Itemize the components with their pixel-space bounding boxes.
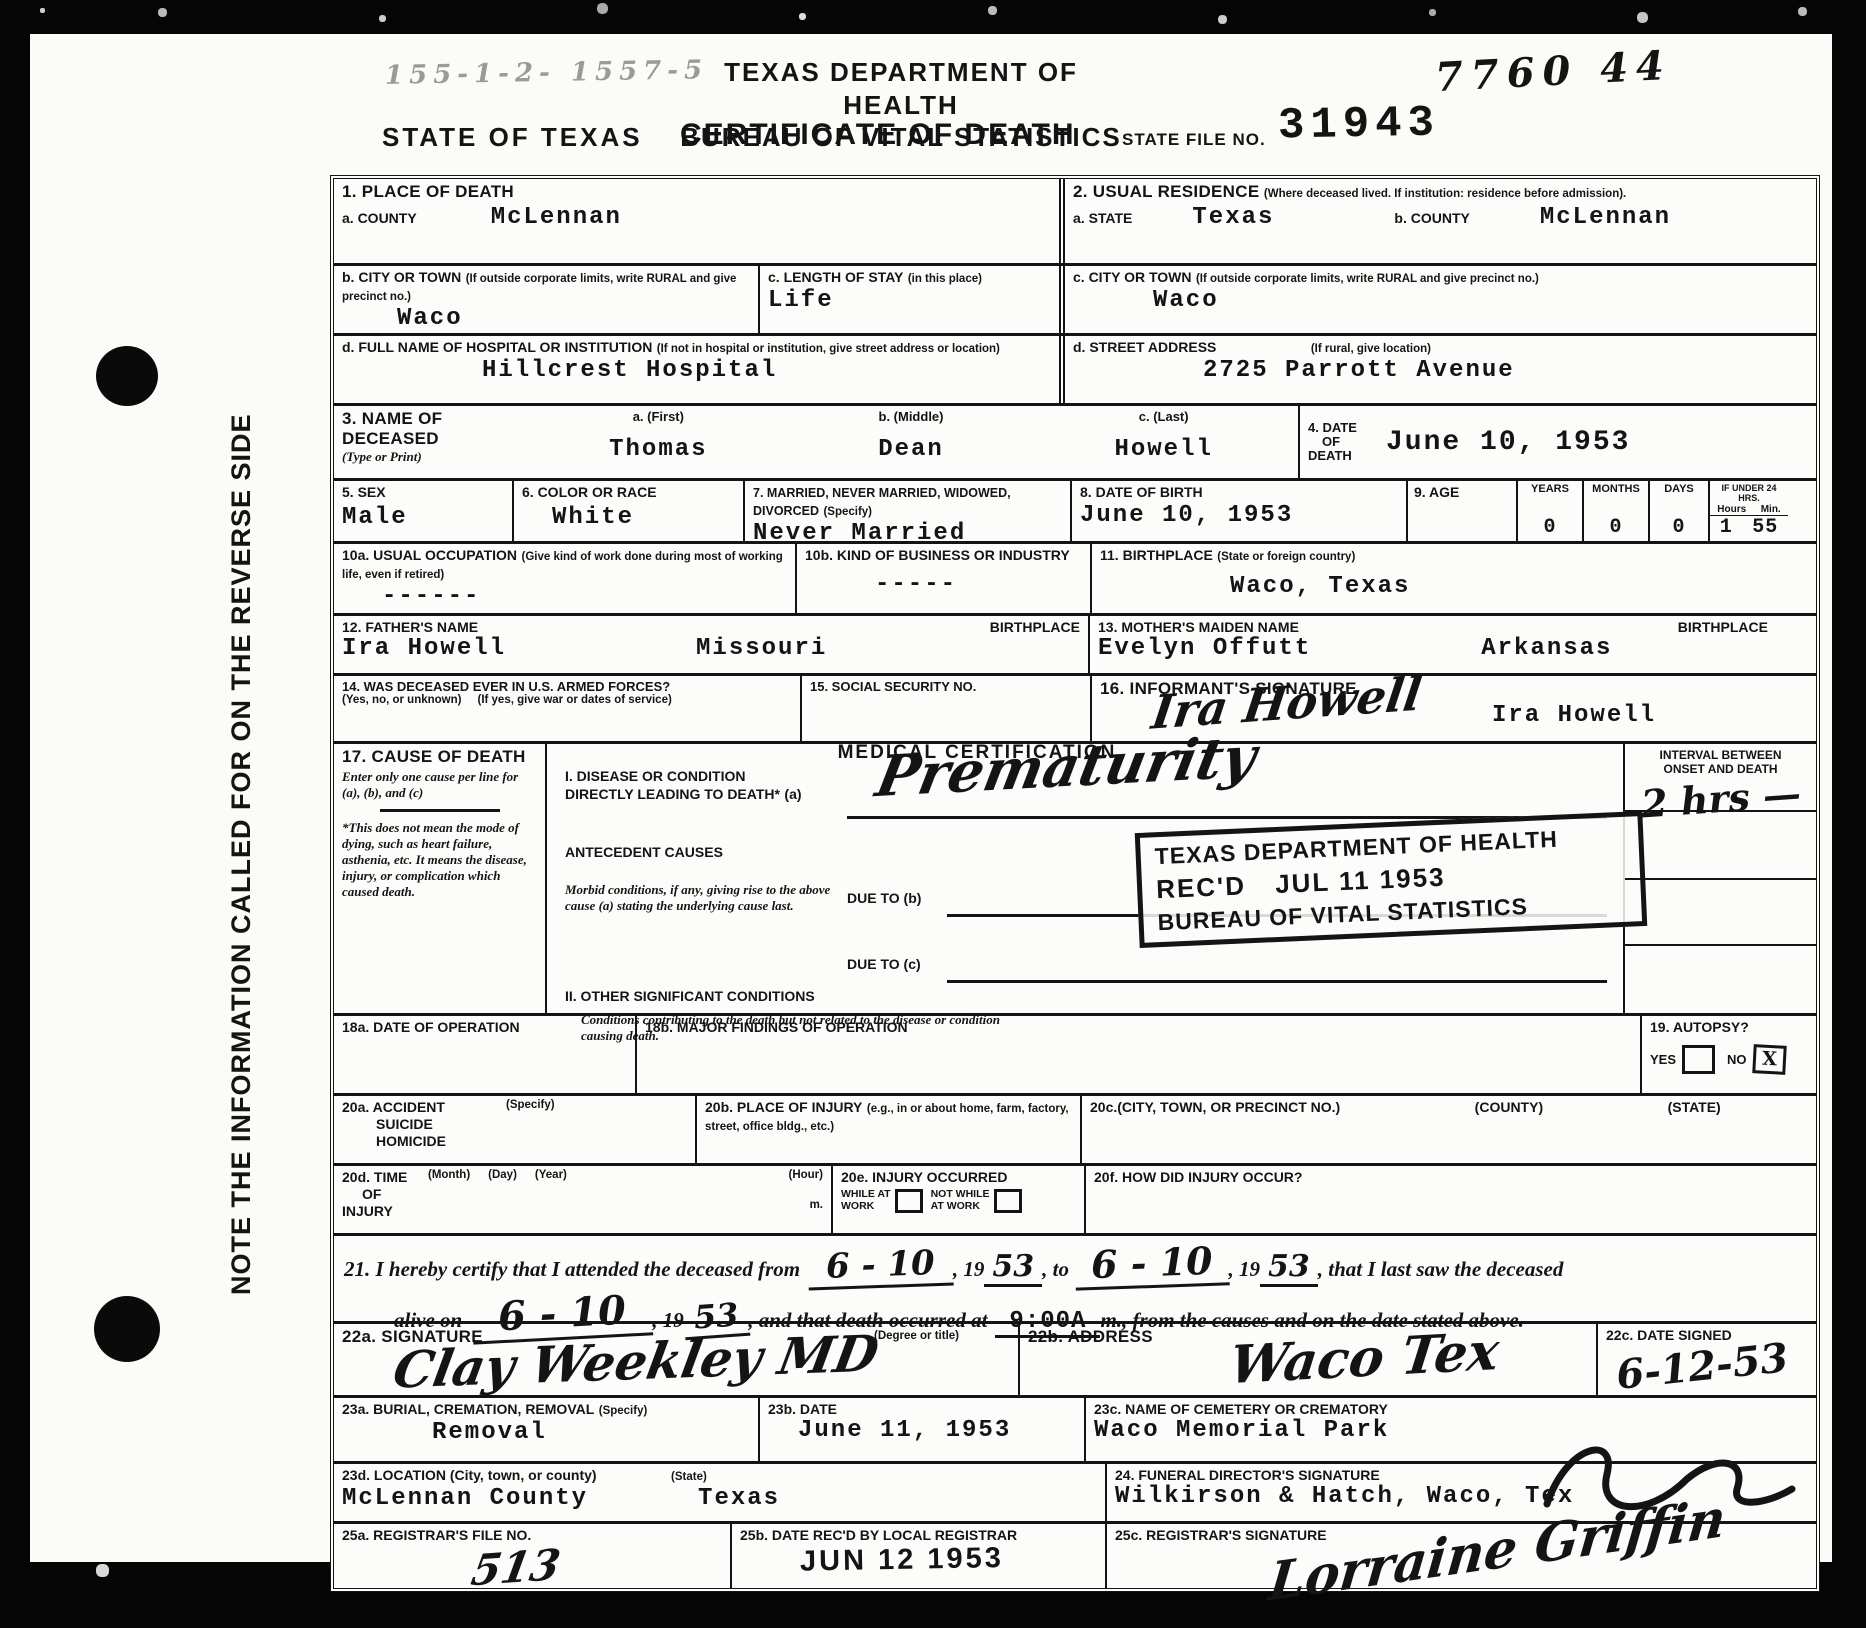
field-registrar-file-no: 25a. REGISTRAR'S FILE NO. 513 (334, 1524, 732, 1588)
state-value: Texas (1192, 204, 1274, 231)
injury-city-label: 20c.(CITY, TOWN, OR PRECINCT NO.) (1090, 1099, 1340, 1115)
physician-address-label: 22b. ADDRESS (1028, 1327, 1153, 1346)
dod-label3: DEATH (1308, 449, 1386, 463)
interval-line1 (1625, 810, 1816, 812)
interval-line3 (1625, 944, 1816, 946)
field-date-recd: 25b. DATE REC'D BY LOCAL REGISTRAR JUN 1… (732, 1524, 1107, 1588)
field-length-of-stay: c. LENGTH OF STAY (in this place) Life (760, 266, 1065, 333)
field-date-signed: 22c. DATE SIGNED 6-12-53 (1598, 1324, 1816, 1395)
degree-title-fine: (Degree or title) (874, 1330, 959, 1342)
accident-label1: 20a. ACCIDENT (342, 1099, 446, 1116)
mother-birthplace-label: BIRTHPLACE (1678, 619, 1768, 635)
handwritten-scribble: 155-1-2- 1557-5 (385, 55, 709, 91)
scan-noise (40, 8, 45, 13)
certificate-form: 1. PLACE OF DEATH a. COUNTY McLennan 2. … (330, 175, 1820, 1592)
dob-label: 8. DATE OF BIRTH (1080, 484, 1398, 500)
other-conditions-label: II. OTHER SIGNIFICANT CONDITIONS (565, 988, 815, 1004)
row-parents: 12. FATHER'S NAME BIRTHPLACE Ira Howell … (334, 616, 1816, 676)
interval-handwritten: 2 hrs — (1639, 770, 1802, 826)
row-hospital-address: d. FULL NAME OF HOSPITAL OR INSTITUTION … (334, 336, 1816, 406)
age-months-header: MONTHS (1584, 483, 1648, 495)
cause-note1: Enter only one cause per line for (a), (… (342, 769, 537, 801)
autopsy-label: 19. AUTOPSY? (1650, 1019, 1808, 1035)
field-hospital: d. FULL NAME OF HOSPITAL OR INSTITUTION … (334, 336, 1065, 403)
father-label: 12. FATHER'S NAME (342, 619, 478, 635)
autopsy-no-checkbox: X (1752, 1044, 1786, 1075)
age-years-header: YEARS (1518, 483, 1582, 495)
certify-from-year-hand: 53 (984, 1249, 1042, 1287)
field-accident-suicide-homicide: 20a. ACCIDENT SUICIDE HOMICIDE (Specify) (334, 1096, 697, 1163)
while-at-work-checkbox (895, 1189, 923, 1213)
field-autopsy: 19. AUTOPSY? YES NO X (1642, 1016, 1816, 1093)
burial-location-state-value: Texas (698, 1485, 780, 1512)
autopsy-yes-checkbox (1682, 1045, 1715, 1074)
usual-residence-fine: (Where deceased lived. If institution: r… (1264, 188, 1626, 200)
row-physician: 22a. SIGNATURE (Degree or title) Clay We… (334, 1324, 1816, 1398)
certify-p2: , 19 (953, 1257, 985, 1282)
injury-m-label: m. (789, 1199, 824, 1211)
field-interval: INTERVAL BETWEEN ONSET AND DEATH 2 hrs — (1625, 744, 1816, 1013)
injury-month-label: (Month) (428, 1169, 470, 1219)
field-cemetery: 23c. NAME OF CEMETERY OR CREMATORY Waco … (1086, 1398, 1816, 1461)
age-min-header: Min. (1761, 504, 1781, 515)
field-burial-date: 23b. DATE June 11, 1953 (760, 1398, 1086, 1461)
not-while-at-work-label2: AT WORK (931, 1200, 980, 1212)
how-injury-label: 20f. HOW DID INJURY OCCUR? (1094, 1169, 1808, 1185)
row-burial: 23a. BURIAL, CREMATION, REMOVAL (Specify… (334, 1398, 1816, 1464)
field-date-of-death: 4. DATE OF DEATH June 10, 1953 (1300, 406, 1816, 478)
burial-location-label: 23d. LOCATION (City, town, or county) (342, 1467, 597, 1483)
place-of-injury-label: 20b. PLACE OF INJURY (705, 1099, 862, 1115)
field-cause-of-death-notes: 17. CAUSE OF DEATH Enter only one cause … (334, 744, 547, 1013)
row-demographics: 5. SEX Male 6. COLOR OR RACE White 7. MA… (334, 481, 1816, 544)
certificate-title: CERTIFICATE OF DEATH (680, 118, 1076, 152)
injury-hour-label: (Hour) (789, 1169, 824, 1181)
scanned-death-certificate: NOTE THE INFORMATION CALLED FOR ON THE R… (0, 0, 1866, 1628)
age-days: DAYS 0 (1648, 481, 1708, 541)
field-sex: 5. SEX Male (334, 481, 514, 541)
birthplace-fine: (State or foreign country) (1217, 551, 1355, 563)
registrar-file-no-handwritten: 513 (468, 1540, 564, 1596)
race-value: White (552, 504, 735, 531)
place-of-death-title: 1. PLACE OF DEATH (342, 182, 1051, 202)
field-birthplace: 11. BIRTHPLACE (State or foreign country… (1092, 544, 1816, 613)
occupation-label: 10a. USUAL OCCUPATION (342, 547, 517, 563)
row-registrar: 25a. REGISTRAR'S FILE NO. 513 25b. DATE … (334, 1524, 1816, 1588)
armed-forces-label: 14. WAS DECEASED EVER IN U.S. ARMED FORC… (342, 679, 792, 694)
street-address-fine: (If rural, give location) (1311, 343, 1431, 355)
informant-name-typed: Ira Howell (1492, 702, 1656, 729)
date-of-operation-label: 18a. DATE OF OPERATION (342, 1019, 627, 1035)
street-address-label: d. STREET ADDRESS (1073, 339, 1216, 355)
field-physician-address: 22b. ADDRESS Waco Tex (1020, 1324, 1598, 1395)
middle-name-label: b. (Middle) (785, 409, 1038, 424)
disease-label2: DIRECTLY LEADING TO DEATH* (565, 786, 780, 802)
row-name-dod: 3. NAME OF DECEASED (Type or Print) a. (… (334, 406, 1816, 481)
birthplace-value: Waco, Texas (1230, 573, 1808, 600)
state-label: a. STATE (1073, 210, 1132, 226)
mother-label: 13. MOTHER'S MAIDEN NAME (1098, 619, 1299, 635)
injury-state-label: (STATE) (1668, 1099, 1721, 1115)
field-mother: 13. MOTHER'S MAIDEN NAME BIRTHPLACE Evel… (1090, 616, 1816, 673)
res-county-label: b. COUNTY (1394, 210, 1469, 226)
disease-label1: I. DISEASE OR CONDITION (565, 768, 745, 784)
accident-label2: SUICIDE (376, 1116, 446, 1133)
sex-value: Male (342, 504, 504, 531)
res-city-fine: (If outside corporate limits, write RURA… (1196, 273, 1539, 285)
field-burial-type: 23a. BURIAL, CREMATION, REMOVAL (Specify… (334, 1398, 760, 1461)
autopsy-yes-label: YES (1650, 1052, 1676, 1067)
age-years-value: 0 (1518, 516, 1582, 539)
age-days-header: DAYS (1650, 483, 1708, 495)
interval-line2 (1625, 878, 1816, 880)
row-operation-autopsy: 18a. DATE OF OPERATION 18b. MAJOR FINDIN… (334, 1016, 1816, 1096)
dod-value: June 10, 1953 (1386, 427, 1630, 458)
race-label: 6. COLOR OR RACE (522, 484, 735, 500)
autopsy-no-label: NO (1727, 1052, 1747, 1067)
field-ssn: 15. SOCIAL SECURITY NO. (802, 676, 1092, 741)
certify-p5: , that I last saw the deceased (1318, 1257, 1564, 1282)
date-signed-handwritten: 6-12-53 (1614, 1334, 1790, 1399)
field-armed-forces: 14. WAS DECEASED EVER IN U.S. ARMED FORC… (334, 676, 802, 741)
length-of-stay-value: Life (768, 287, 834, 314)
field-usual-residence: 2. USUAL RESIDENCE (Where deceased lived… (1065, 179, 1816, 263)
injury-occurred-label: 20e. INJURY OCCURRED (841, 1169, 1076, 1185)
received-stamp: TEXAS DEPARTMENT OF HEALTH REC'D JUL 11 … (1135, 811, 1648, 948)
age-min-value: 55 (1752, 516, 1778, 539)
name-title: 3. NAME OF DECEASED (342, 409, 532, 449)
hospital-label: d. FULL NAME OF HOSPITAL OR INSTITUTION (342, 339, 652, 355)
injury-county-label: (COUNTY) (1475, 1099, 1543, 1115)
age-months: MONTHS 0 (1582, 481, 1648, 541)
funeral-director-label: 24. FUNERAL DIRECTOR'S SIGNATURE (1115, 1467, 1808, 1483)
business-label: 10b. KIND OF BUSINESS OR INDUSTRY (805, 547, 1082, 563)
birthplace-label: 11. BIRTHPLACE (1100, 547, 1213, 563)
field-how-injury-occurred: 20f. HOW DID INJURY OCCUR? (1086, 1166, 1816, 1233)
certify-p1: 21. I hereby certify that I attended the… (344, 1257, 800, 1282)
field-time-of-injury: 20d. TIME OF INJURY (Month) (Day) (Year)… (334, 1166, 833, 1233)
name-fine: (Type or Print) (342, 449, 532, 465)
age-under-24: IF UNDER 24 HRS. Hours Min. 1 55 (1708, 481, 1788, 541)
age-label: 9. AGE (1414, 484, 1459, 500)
city-value: Waco (397, 305, 463, 332)
disease-a-tag: (a) (784, 786, 801, 802)
father-birthplace-value: Missouri (696, 635, 827, 662)
armed-forces-fine1: (Yes, no, or unknown) (342, 694, 461, 706)
interval-label1: INTERVAL BETWEEN (1625, 748, 1816, 762)
burial-value: Removal (432, 1419, 750, 1446)
antecedent-label: ANTECEDENT CAUSES (565, 844, 723, 860)
date-recd-stamp: JUN 12 1953 (800, 1540, 1098, 1578)
age-months-value: 0 (1584, 516, 1648, 539)
stamp-recd: REC'D (1156, 870, 1247, 904)
city-label: b. CITY OR TOWN (342, 269, 461, 285)
not-while-at-work-checkbox (994, 1189, 1022, 1213)
certify-to-year-hand: 53 (1260, 1249, 1318, 1287)
first-name-label: a. (First) (532, 409, 785, 424)
certify-p4: , 19 (1229, 1257, 1261, 1282)
ssn-label: 15. SOCIAL SECURITY NO. (810, 679, 1082, 694)
stamp-date: JUL 11 1953 (1275, 862, 1447, 899)
field-place-of-death: 1. PLACE OF DEATH a. COUNTY McLennan (334, 179, 1065, 263)
sex-label: 5. SEX (342, 484, 504, 500)
field-date-of-birth: 8. DATE OF BIRTH June 10, 1953 (1072, 481, 1408, 541)
hospital-fine: (If not in hospital or institution, give… (657, 343, 1000, 355)
row-certify-statement: 21. I hereby certify that I attended the… (334, 1236, 1816, 1324)
age-years: YEARS 0 (1516, 481, 1582, 541)
age-days-value: 0 (1650, 516, 1708, 539)
dob-value: June 10, 1953 (1080, 502, 1398, 529)
handwritten-file-number: 7760 44 (1434, 42, 1673, 101)
due-to-b-label: DUE TO (b) (847, 890, 921, 906)
field-age: 9. AGE YEARS 0 MONTHS 0 DAYS 0 (1408, 481, 1816, 541)
field-burial-location: 23d. LOCATION (City, town, or county) (S… (334, 1464, 1107, 1521)
burial-date-label: 23b. DATE (768, 1401, 1076, 1417)
antecedent-fine: Morbid conditions, if any, giving rise t… (565, 882, 835, 914)
field-major-findings: 18b. MAJOR FINDINGS OF OPERATION (637, 1016, 1642, 1093)
cemetery-label: 23c. NAME OF CEMETERY OR CREMATORY (1094, 1401, 1808, 1417)
age-hours-value: 1 (1720, 516, 1733, 539)
while-at-work-label2: WORK (841, 1200, 874, 1212)
medical-certification-block: 17. CAUSE OF DEATH Enter only one cause … (334, 744, 1816, 1016)
cemetery-value: Waco Memorial Park (1094, 1417, 1808, 1444)
injury-day-label: (Day) (488, 1169, 517, 1219)
mother-value: Evelyn Offutt (1098, 635, 1311, 662)
injury-time-label2: OF (362, 1186, 428, 1203)
marital-fine: (Specify) (823, 506, 872, 518)
punch-hole-bottom (94, 1296, 160, 1362)
write-line-c (947, 980, 1607, 983)
state-of-texas-label: STATE OF TEXAS (382, 122, 643, 153)
margin-note: NOTE THE INFORMATION CALLED FOR ON THE R… (226, 354, 257, 1354)
burial-location-state-fine: (State) (671, 1471, 707, 1483)
registrar-file-no-label: 25a. REGISTRAR'S FILE NO. (342, 1527, 722, 1543)
res-city-label: c. CITY OR TOWN (1073, 269, 1192, 285)
field-marital-status: 7. MARRIED, NEVER MARRIED, WIDOWED, DIVO… (745, 481, 1072, 541)
mother-birthplace-value: Arkansas (1481, 635, 1612, 662)
occupation-value: ------ (382, 583, 787, 610)
row-occupation: 10a. USUAL OCCUPATION (Give kind of work… (334, 544, 1816, 616)
certify-p3: , to (1042, 1257, 1069, 1282)
row-accident: 20a. ACCIDENT SUICIDE HOMICIDE (Specify)… (334, 1096, 1816, 1166)
cause-note2: *This does not mean the mode of dying, s… (342, 820, 537, 900)
last-name-value: Howell (1037, 436, 1290, 463)
marital-value: Never Married (753, 520, 1062, 547)
row-place-residence: 1. PLACE OF DEATH a. COUNTY McLennan 2. … (334, 179, 1816, 266)
res-county-value: McLennan (1540, 204, 1671, 231)
field-street-address: d. STREET ADDRESS (If rural, give locati… (1065, 336, 1816, 403)
burial-date-value: June 11, 1953 (798, 1417, 1076, 1444)
age-hours-header: Hours (1717, 504, 1746, 515)
not-while-at-work-label1: NOT WHILE (931, 1188, 990, 1200)
while-at-work-label1: WHILE AT (841, 1188, 891, 1200)
accident-fine: (Specify) (506, 1099, 555, 1149)
accident-label3: HOMICIDE (376, 1133, 446, 1150)
injury-year-label: (Year) (535, 1169, 567, 1219)
due-to-c-label: DUE TO (c) (847, 956, 921, 972)
field-registrar-signature: 25c. REGISTRAR'S SIGNATURE Lorraine Grif… (1107, 1524, 1816, 1588)
certificate-paper: NOTE THE INFORMATION CALLED FOR ON THE R… (30, 34, 1832, 1562)
field-medical-certification: MEDICAL CERTIFICATION I. DISEASE OR COND… (547, 744, 1625, 1013)
age-under-24-header: IF UNDER 24 HRS. (1710, 483, 1788, 503)
field-usual-occupation: 10a. USUAL OCCUPATION (Give kind of work… (334, 544, 797, 613)
field-injury-location: 20c.(CITY, TOWN, OR PRECINCT NO.) (COUNT… (1082, 1096, 1816, 1163)
agency-line1: TEXAS DEPARTMENT OF HEALTH (666, 56, 1136, 121)
burial-label: 23a. BURIAL, CREMATION, REMOVAL (342, 1401, 594, 1417)
field-city-of-death: b. CITY OR TOWN (If outside corporate li… (334, 266, 760, 333)
field-date-of-operation: 18a. DATE OF OPERATION (334, 1016, 637, 1093)
marital-label: 7. MARRIED, NEVER MARRIED, WIDOWED, DIVO… (753, 486, 1011, 518)
state-file-no-stamp: 31943 (1278, 99, 1441, 152)
last-name-label: c. (Last) (1037, 409, 1290, 424)
business-value: ----- (875, 571, 1082, 598)
dod-label1: 4. DATE (1308, 421, 1386, 435)
major-findings-label: 18b. MAJOR FINDINGS OF OPERATION (645, 1019, 1632, 1035)
county-label: a. COUNTY (342, 210, 417, 226)
certify-to-date-hand: 6 - 10 (1074, 1237, 1229, 1290)
punch-hole-top (96, 346, 158, 406)
dod-label2: OF (1322, 435, 1386, 449)
county-value: McLennan (491, 204, 622, 231)
certify-from-date-hand: 6 - 10 (807, 1242, 953, 1290)
father-value: Ira Howell (342, 635, 506, 662)
injury-time-label1: 20d. TIME (342, 1169, 428, 1186)
middle-name-value: Dean (785, 436, 1038, 463)
informant-signature-handwritten: Ira Howell (1148, 666, 1425, 739)
state-file-no-label: STATE FILE NO. (1122, 130, 1266, 150)
row-city: b. CITY OR TOWN (If outside corporate li… (334, 266, 1816, 336)
father-birthplace-label: BIRTHPLACE (990, 619, 1080, 635)
hospital-value: Hillcrest Hospital (482, 357, 777, 384)
length-of-stay-label: c. LENGTH OF STAY (768, 269, 903, 285)
field-business-industry: 10b. KIND OF BUSINESS OR INDUSTRY ----- (797, 544, 1092, 613)
field-father: 12. FATHER'S NAME BIRTHPLACE Ira Howell … (334, 616, 1090, 673)
length-of-stay-fine: (in this place) (908, 273, 982, 285)
injury-time-label3: INJURY (342, 1203, 428, 1220)
field-place-of-injury: 20b. PLACE OF INJURY (e.g., in or about … (697, 1096, 1082, 1163)
armed-forces-fine2: (If yes, give war or dates of service) (477, 694, 671, 706)
field-residence-city: c. CITY OR TOWN (If outside corporate li… (1065, 266, 1816, 333)
field-injury-occurred: 20e. INJURY OCCURRED WHILE AT WORK NOT W… (833, 1166, 1086, 1233)
row-injury-time: 20d. TIME OF INJURY (Month) (Day) (Year)… (334, 1166, 1816, 1236)
field-color-race: 6. COLOR OR RACE White (514, 481, 745, 541)
street-address-value: 2725 Parrott Avenue (1203, 357, 1515, 384)
cause-of-death-title: 17. CAUSE OF DEATH (342, 747, 537, 767)
first-name-value: Thomas (532, 436, 785, 463)
res-city-value: Waco (1153, 287, 1219, 314)
field-name-of-deceased: 3. NAME OF DECEASED (Type or Print) a. (… (334, 406, 1300, 478)
burial-fine: (Specify) (599, 1405, 648, 1417)
physician-address-handwritten: Waco Tex (1226, 1321, 1502, 1397)
usual-residence-title: 2. USUAL RESIDENCE (1073, 182, 1259, 201)
divider (380, 809, 500, 812)
field-physician-signature: 22a. SIGNATURE (Degree or title) Clay We… (334, 1324, 1020, 1395)
burial-location-city-value: McLennan County (342, 1485, 588, 1512)
field-informant-signature: 16. INFORMANT'S SIGNATURE Ira Howell Ira… (1092, 676, 1816, 741)
